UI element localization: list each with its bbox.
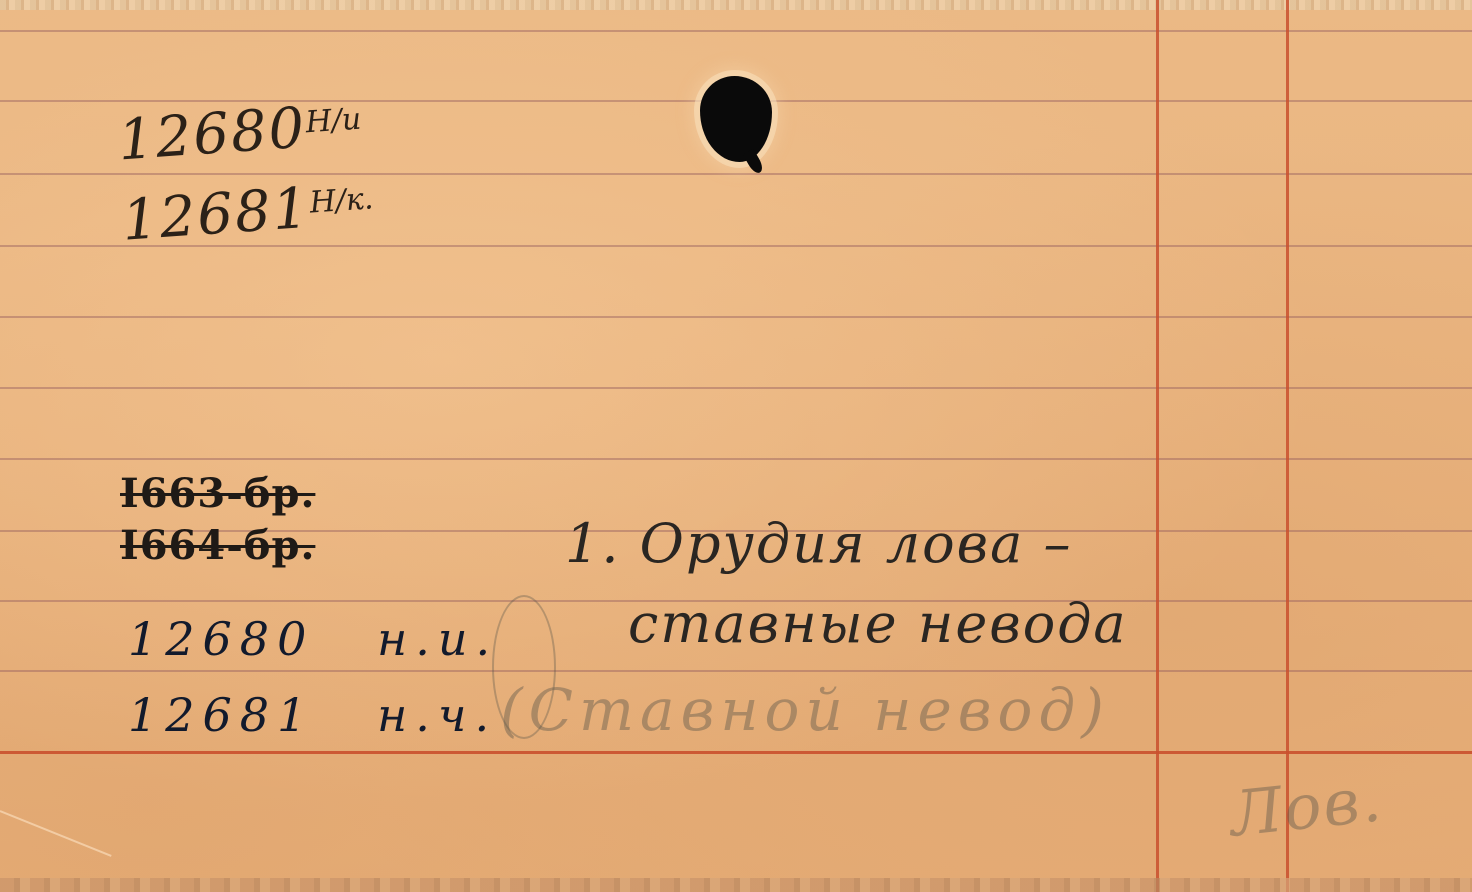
ruled-line <box>0 173 1472 175</box>
catalog-number: 12680 <box>116 95 308 173</box>
typed-struck-line1: I663-бр. <box>120 470 315 517</box>
pencil-note-line2: Лов. <box>1227 762 1387 851</box>
red-margin-line-right <box>1286 0 1289 892</box>
handwritten-number-line1: 12680Н/и <box>116 92 364 174</box>
ruled-line <box>0 458 1472 460</box>
ruled-line <box>0 30 1472 32</box>
ruled-line <box>0 670 1472 672</box>
red-margin-line-left <box>1156 0 1159 892</box>
catalog-number: 12681 <box>128 688 314 742</box>
catalog-number: 12681 <box>120 176 312 254</box>
description-line1: 1. Орудия лова – <box>565 512 1072 575</box>
ruled-line <box>0 387 1472 389</box>
handwritten-number-line2: 12681Н/к. <box>120 171 376 253</box>
description-line2: ставные невода <box>628 592 1128 655</box>
paper-crease <box>0 810 112 857</box>
index-card: 12680Н/и 12681Н/к. I663-бр. I664-бр. 126… <box>0 0 1472 892</box>
scan-edge-top <box>0 0 1472 10</box>
blue-ink-line1: 12680 н.и. <box>128 612 498 666</box>
catalog-number: 12680 <box>128 612 314 666</box>
catalog-suffix: Н/и <box>304 102 362 141</box>
catalog-suffix: н.и. <box>377 612 498 666</box>
punch-hole-tear <box>743 149 765 176</box>
catalog-suffix: Н/к. <box>308 181 374 220</box>
red-bottom-rule <box>0 751 1472 754</box>
catalog-suffix: н.ч. <box>377 688 497 742</box>
ruled-line <box>0 316 1472 318</box>
punch-hole <box>700 76 772 162</box>
pencil-note-line1: (Ставной невод) <box>500 676 1110 744</box>
blue-ink-line2: 12681 н.ч. <box>128 688 497 742</box>
typed-struck-line2: I664-бр. <box>120 522 315 569</box>
scan-edge-bottom <box>0 878 1472 892</box>
